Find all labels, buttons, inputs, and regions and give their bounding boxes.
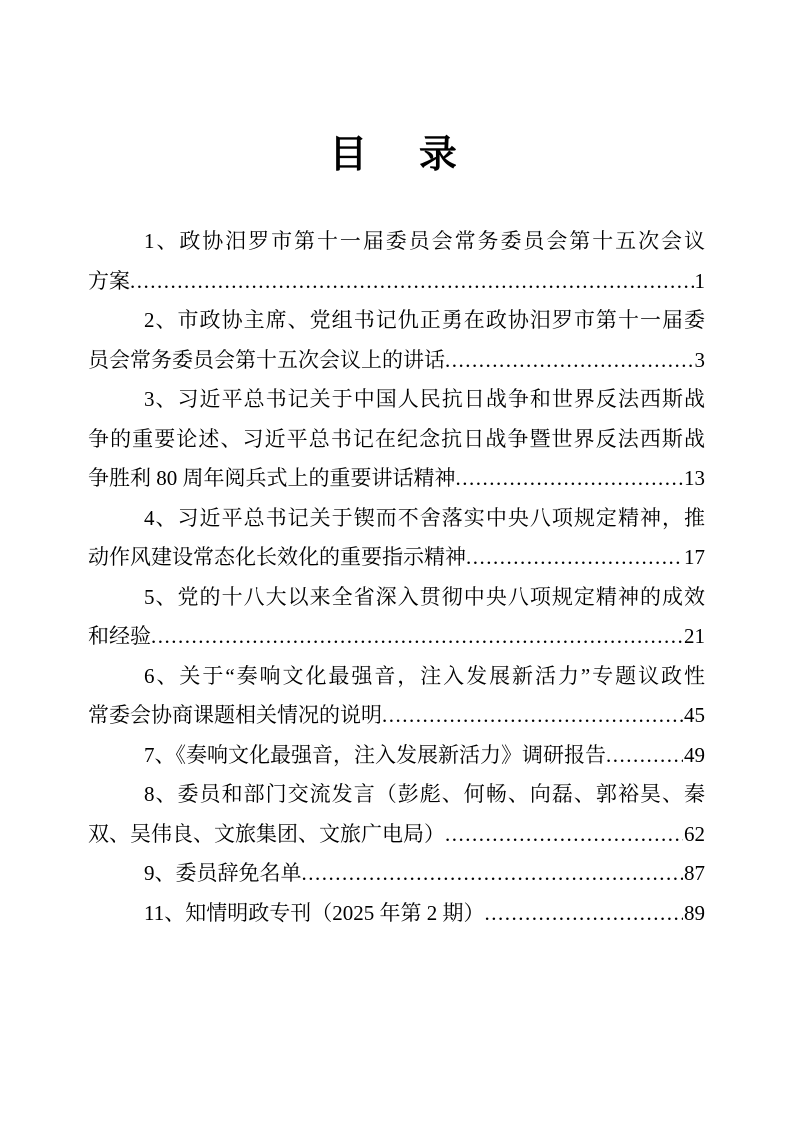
toc-entry-1-page-number: 1 — [694, 262, 706, 302]
toc-entry-2-lastline: 员会常务委员会第十五次会议上的讲话.......................… — [88, 341, 705, 381]
toc-entry-6-page-number: 45 — [683, 696, 705, 736]
dot-leader: ........................................… — [151, 617, 683, 657]
dot-leader: ........................................… — [445, 341, 694, 381]
dot-leader: ........................................… — [382, 696, 683, 736]
toc-entry-7-page-number: 49 — [683, 736, 705, 776]
toc-entry-4-line-1: 4、习近平总书记关于锲而不舍落实中央八项规定精神，推 — [88, 499, 705, 539]
toc-entry-8-text: 双、吴伟良、文旅集团、文旅广电局） — [88, 815, 445, 855]
toc-entry-5-line-1: 5、党的十八大以来全省深入贯彻中央八项规定精神的成效 — [88, 578, 705, 618]
dot-leader: ........................................… — [302, 854, 684, 894]
toc-entry-9-text: 9、委员辞免名单 — [88, 854, 302, 894]
dot-leader: ........................................… — [466, 538, 683, 578]
toc-entry-4-page-number: 17 — [683, 538, 705, 578]
toc-entry-8-lastline: 双、吴伟良、文旅集团、文旅广电局）.......................… — [88, 815, 705, 855]
toc-entry-2-page-number: 3 — [694, 341, 706, 381]
toc-entry-9-lastline: 9、委员辞免名单................................… — [88, 854, 705, 894]
toc-entry-3-lastline: 争胜利 80 周年阅兵式上的重要讲话精神....................… — [88, 459, 705, 499]
toc-entry-5-page-number: 21 — [683, 617, 705, 657]
toc-entry-1-text: 方案 — [88, 262, 130, 302]
toc-entry-2-text: 员会常务委员会第十五次会议上的讲话 — [88, 341, 445, 381]
toc-entry-6-lastline: 常委会协商课题相关情况的说明..........................… — [88, 696, 705, 736]
document-page: 目 录 1、政协汨罗市第十一届委员会常务委员会第十五次会议方案.........… — [0, 0, 793, 1122]
toc-list: 1、政协汨罗市第十一届委员会常务委员会第十五次会议方案.............… — [88, 222, 705, 933]
dot-leader: ........................................… — [445, 815, 683, 855]
toc-entry-10-page-number: 89 — [683, 894, 705, 934]
toc-entry-6-text: 常委会协商课题相关情况的说明 — [88, 696, 382, 736]
toc-entry-6-line-1: 6、关于“奏响文化最强音，注入发展新活力”专题议政性 — [88, 657, 705, 697]
toc-entry-9-page-number: 87 — [683, 854, 705, 894]
dot-leader: ........................................… — [484, 894, 683, 934]
toc-entry-3-line-1: 3、习近平总书记关于中国人民抗日战争和世界反法西斯战 — [88, 380, 705, 420]
toc-entry-10-lastline: 11、知情明政专刊（2025 年第 2 期）..................… — [88, 894, 705, 934]
dot-leader: ........................................… — [456, 459, 684, 499]
toc-entry-3-line-2: 争的重要论述、习近平总书记在纪念抗日战争暨世界反法西斯战 — [88, 420, 705, 460]
toc-entry-5-lastline: 和经验.....................................… — [88, 617, 705, 657]
dot-leader: ........................................… — [606, 736, 683, 776]
toc-entry-7-text: 7、《奏响文化最强音，注入发展新活力》调研报告 — [88, 736, 606, 776]
toc-entry-7-lastline: 7、《奏响文化最强音，注入发展新活力》调研报告.................… — [88, 736, 705, 776]
toc-entry-3-text: 争胜利 80 周年阅兵式上的重要讲话精神 — [88, 459, 456, 499]
toc-entry-8-page-number: 62 — [683, 815, 705, 855]
toc-entry-3-page-number: 13 — [683, 459, 705, 499]
toc-entry-4-lastline: 动作风建设常态化长效化的重要指示精神......................… — [88, 538, 705, 578]
dot-leader: ........................................… — [130, 262, 694, 302]
toc-entry-10-text: 11、知情明政专刊（2025 年第 2 期） — [88, 894, 484, 934]
toc-entry-1-line-1: 1、政协汨罗市第十一届委员会常务委员会第十五次会议 — [88, 222, 705, 262]
toc-entry-5-text: 和经验 — [88, 617, 151, 657]
toc-entry-8-line-1: 8、委员和部门交流发言（彭彪、何畅、向磊、郭裕昊、秦 — [88, 775, 705, 815]
toc-entry-2-line-1: 2、市政协主席、党组书记仇正勇在政协汨罗市第十一届委 — [88, 301, 705, 341]
toc-entry-4-text: 动作风建设常态化长效化的重要指示精神 — [88, 538, 466, 578]
toc-entry-1-lastline: 方案......................................… — [88, 262, 705, 302]
toc-title: 目 录 — [0, 0, 793, 178]
